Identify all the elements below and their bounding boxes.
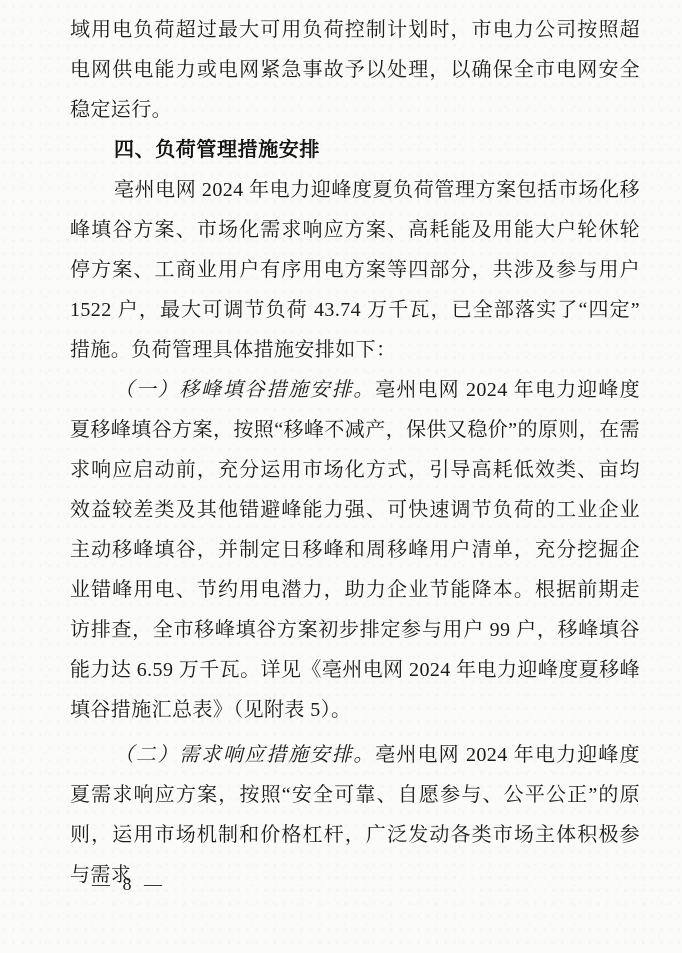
document-page: 域用电负荷超过最大可用负荷控制计划时，市电力公司按照超电网供电能力或电网紧急事故… — [0, 0, 682, 953]
paragraph-overview: 亳州电网 2024 年电力迎峰度夏负荷管理方案包括市场化移峰填谷方案、市场化需求… — [70, 170, 640, 370]
item2-lead-label: （二）需求响应措施安排。 — [114, 744, 375, 766]
page-number: — 8 — — [92, 874, 166, 895]
section-heading: 四、负荷管理措施安排 — [70, 130, 640, 170]
item1-lead-label: （一）移峰填谷措施安排。 — [114, 379, 375, 401]
item1-body-text: 亳州电网 2024 年电力迎峰度夏移峰填谷方案，按照“移峰不减产，保供又稳价”的… — [70, 379, 640, 721]
paragraph-item1: （一）移峰填谷措施安排。亳州电网 2024 年电力迎峰度夏移峰填谷方案，按照“移… — [70, 370, 640, 730]
paragraph-item2: （二）需求响应措施安排。亳州电网 2024 年电力迎峰度夏需求响应方案，按照“安… — [70, 735, 640, 895]
paragraph-continuation: 域用电负荷超过最大可用负荷控制计划时，市电力公司按照超电网供电能力或电网紧急事故… — [70, 10, 640, 130]
